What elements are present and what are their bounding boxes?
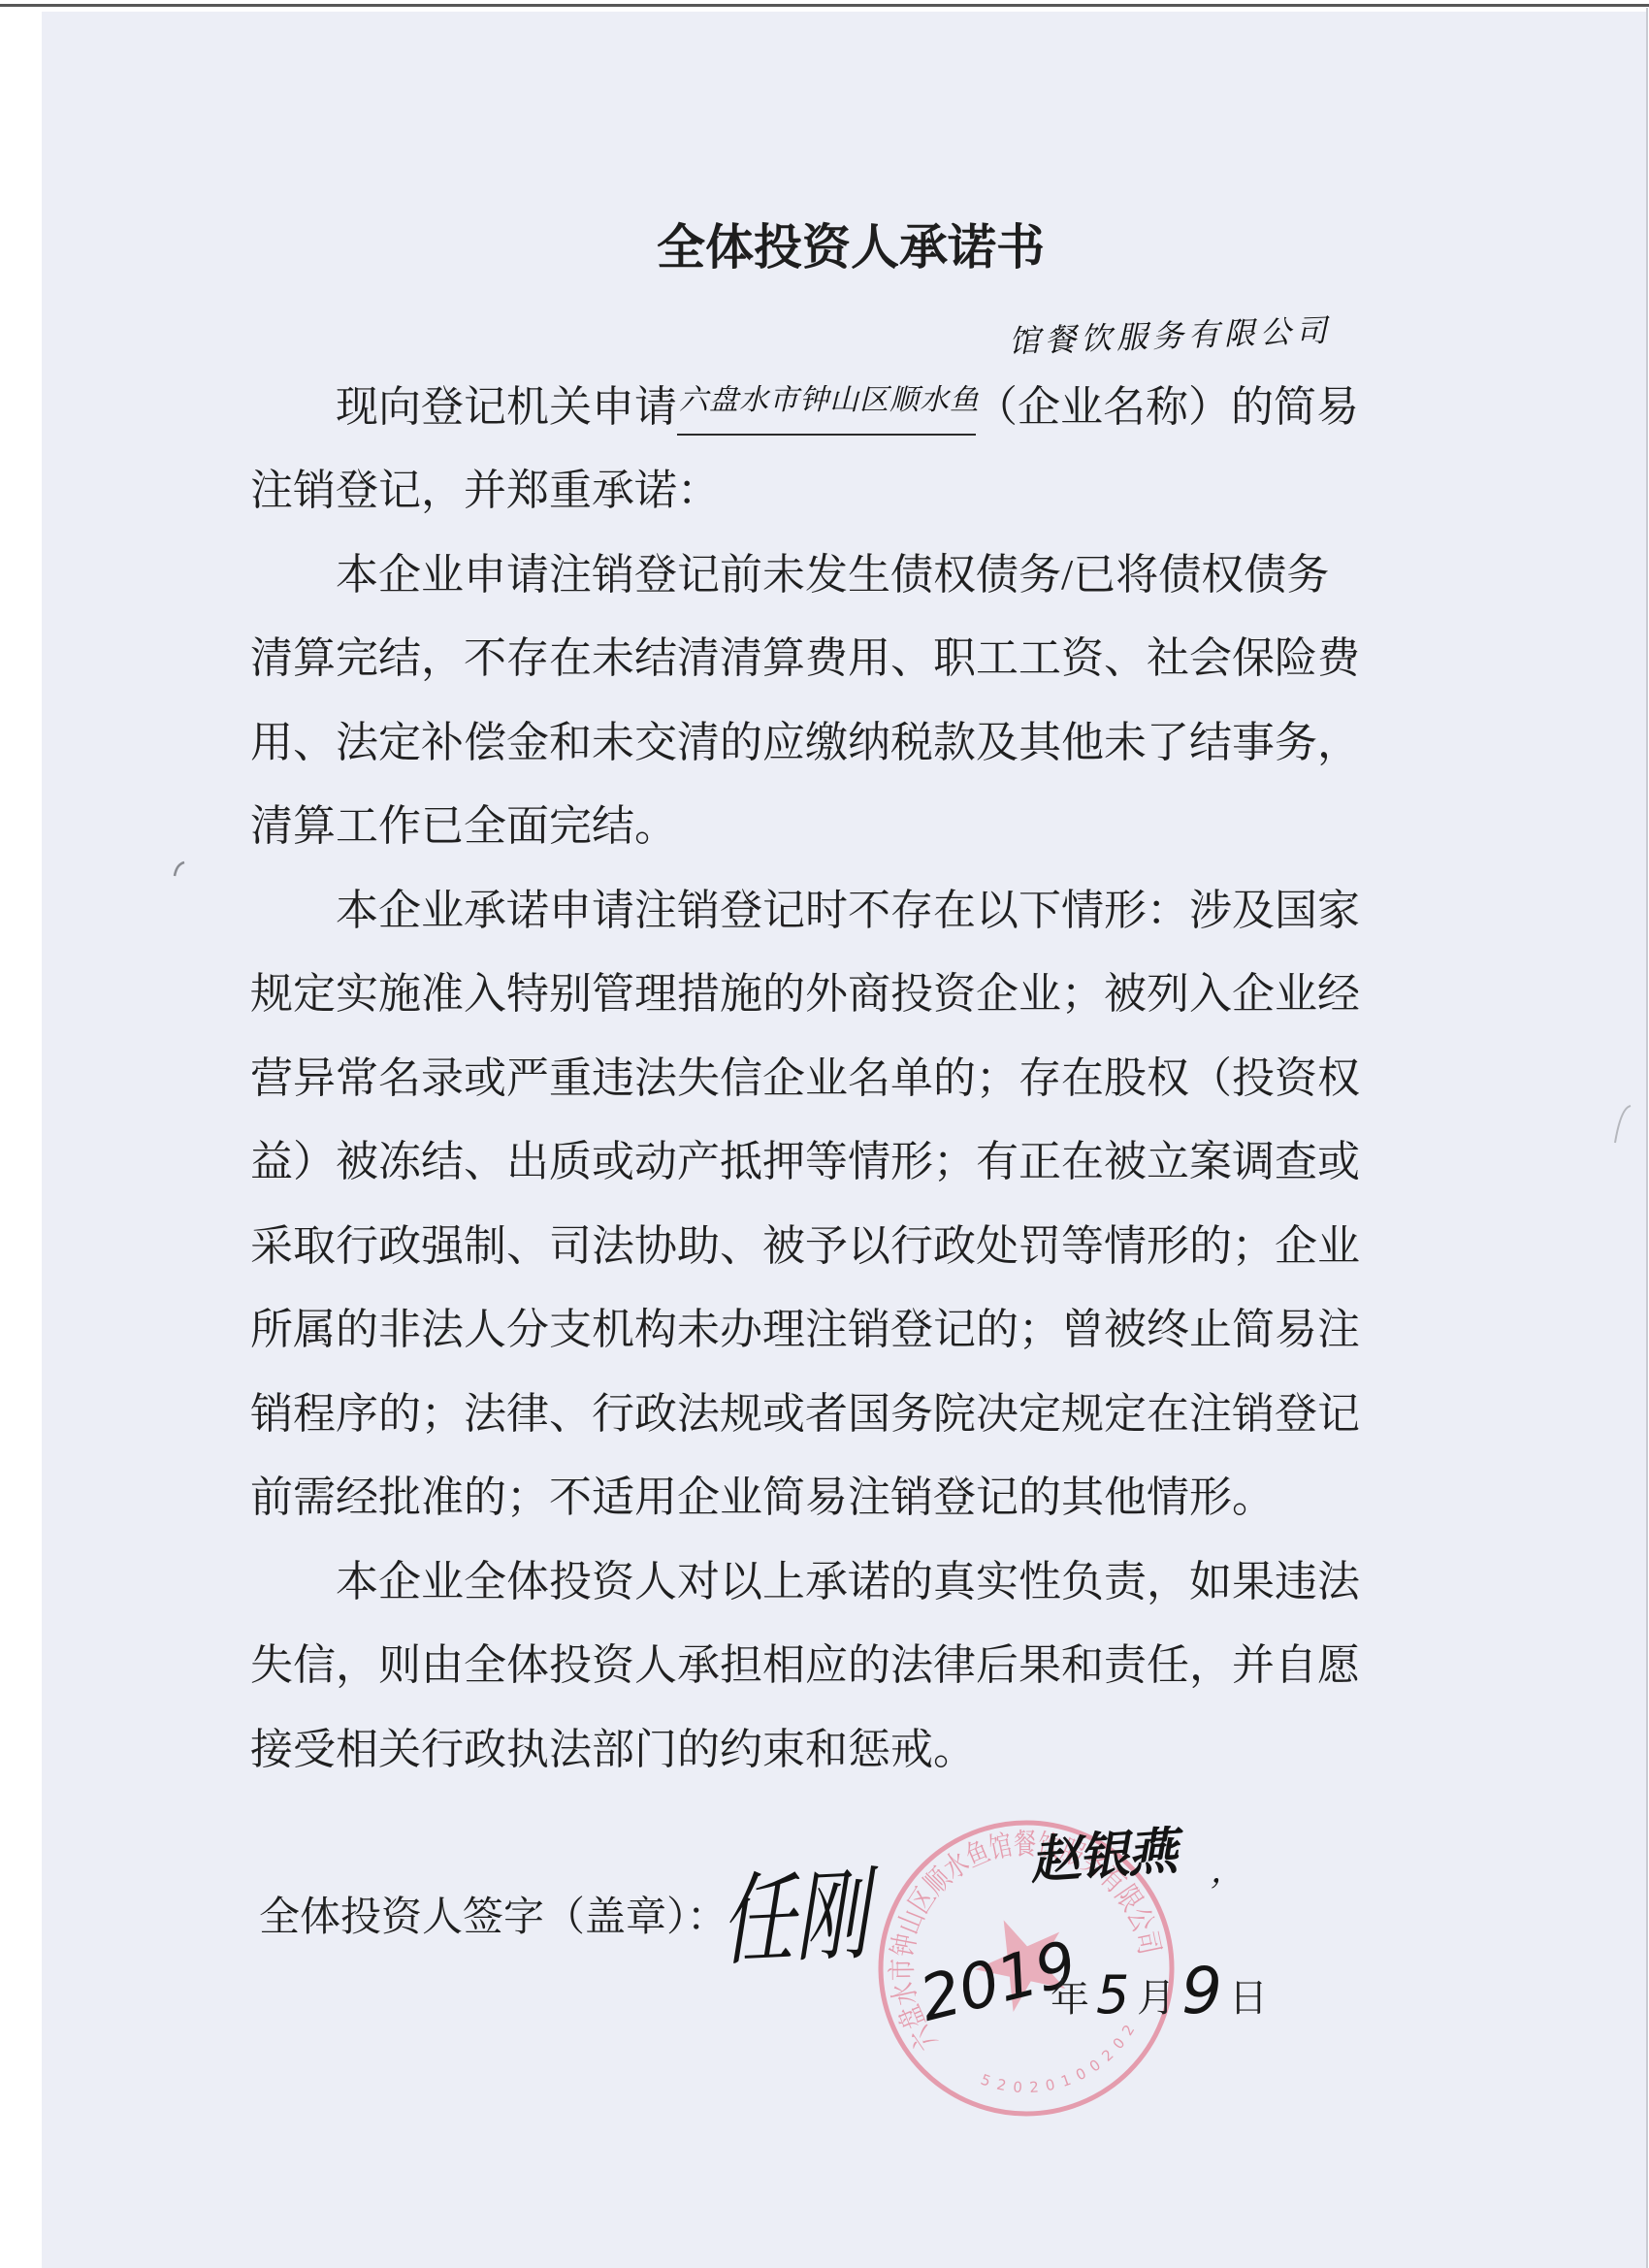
paragraph-1-line: 本企业申请注销登记前未发生债权债务/已将债权债务: [250, 534, 1375, 618]
handwritten-company-name-part1: 六盘水市钟山区顺水鱼: [679, 386, 980, 415]
paragraph-2-line: 营异常名录或严重违法失信企业名单的；存在股权（投资权: [250, 1037, 1375, 1121]
paragraph-2-line: 采取行政强制、司法协助、被予以行政处罚等情形的；企业: [250, 1205, 1375, 1289]
paragraph-2-line: 所属的非法人分支机构未办理注销登记的；曾被终止简易注: [250, 1288, 1375, 1373]
signature-trailing-mark: ，: [1211, 1855, 1244, 1888]
paragraph-2-line: 本企业承诺申请注销登记时不存在以下情形：涉及国家: [250, 869, 1375, 954]
scan-mark-left: [165, 859, 194, 882]
scan-top-edge: [0, 4, 1649, 7]
scan-right-edge: [1646, 8, 1648, 2268]
paragraph-1-line: 用、法定补偿金和未交清的应缴纳税款及其他未了结事务，: [250, 701, 1375, 786]
date-month-label: 月: [1137, 1979, 1176, 2018]
paragraph-3-line: 本企业全体投资人对以上承诺的真实性负责，如果违法: [250, 1540, 1375, 1625]
date-year-label: 年: [1051, 1979, 1089, 2018]
intro-prefix: 现向登记机关申请: [336, 383, 677, 431]
paragraph-1-line: 清算完结，不存在未结清清算费用、职工工资、社会保险费: [250, 617, 1375, 701]
investor-signature-1: 任刚: [720, 1865, 870, 1972]
signature-label: 全体投资人签字（盖章）：: [259, 1889, 727, 1947]
document-title: 全体投资人承诺书: [657, 217, 1064, 277]
paragraph-1-line: 清算工作已全面完结。: [250, 785, 1375, 869]
paragraph-2-line: 益）被冻结、出质或动产抵押等情形；有正在被立案调查或: [250, 1120, 1375, 1205]
date-day-label: 日: [1229, 1979, 1268, 2018]
company-name-underline: [677, 434, 976, 436]
intro-suffix: （企业名称）的简易: [975, 383, 1359, 431]
paragraph-3-line: 失信，则由全体投资人承担相应的法律后果和责任，并自愿: [250, 1624, 1375, 1708]
document-body: 现向登记机关申请（企业名称）的简易 注销登记，并郑重承诺： 本企业申请注销登记前…: [250, 366, 1375, 1793]
date-month-handwritten: 5: [1096, 1969, 1129, 2022]
paragraph-2-line: 销程序的；法律、行政法规或者国务院决定规定在注销登记: [250, 1373, 1375, 1457]
paragraph-3-line: 接受相关行政执法部门的约束和惩戒。: [250, 1708, 1375, 1793]
date-day-handwritten: 9: [1181, 1960, 1222, 2024]
investor-signature-2: 赵银燕: [1028, 1827, 1177, 1887]
paragraph-2-line: 前需经批准的；不适用企业简易注销登记的其他情形。: [250, 1456, 1375, 1540]
intro-continuation: 注销登记，并郑重承诺：: [250, 449, 1375, 534]
scan-mark-right: [1605, 1096, 1634, 1154]
paragraph-2-line: 规定实施准入特别管理措施的外商投资企业；被列入企业经: [250, 953, 1375, 1037]
